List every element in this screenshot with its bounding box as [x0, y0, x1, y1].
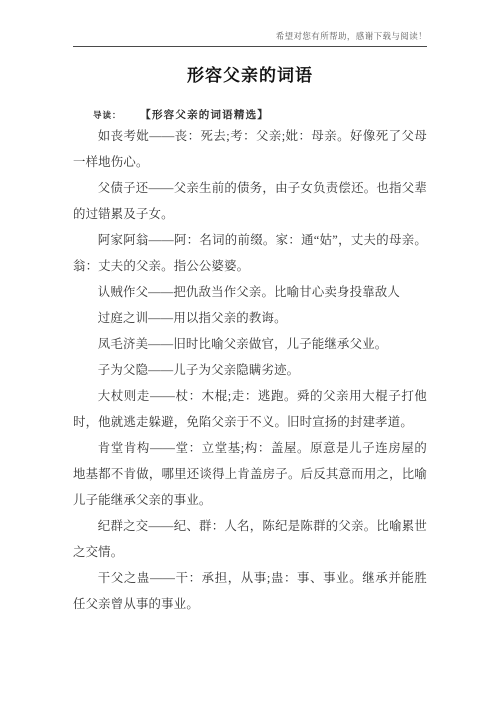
lead-line: 导读：【形容父亲的词语精选】: [73, 105, 427, 123]
paragraph: 肯堂肯构——堂：立堂基;构：盖屋。原意是儿子连房屋的地基都不肯做，哪里还谈得上肯…: [73, 435, 427, 513]
header-note: 希望对您有所帮助，感谢下载与阅读！: [73, 30, 427, 42]
header-rule-divider: [73, 46, 427, 47]
lead-highlight: 【形容父亲的词语精选】: [146, 110, 269, 121]
document-page: 希望对您有所帮助，感谢下载与阅读！ 形容父亲的词语 导读：【形容父亲的词语精选】…: [0, 0, 500, 707]
paragraph: 子为父隐——儿子为父亲隐瞒劣迹。: [73, 357, 427, 383]
paragraph: 阿家阿翁——阿：名词的前缀。家：通“姑”，丈夫的母亲。翁：丈夫的父亲。指公公婆婆…: [73, 227, 427, 279]
document-body: 如丧考妣——丧：死去;考：父亲;妣：母亲。好像死了父母一样地伤心。 父债子还——…: [73, 123, 427, 617]
paragraph: 凤毛济美——旧时比喻父亲做官，儿子能继承父业。: [73, 331, 427, 357]
page-header: 希望对您有所帮助，感谢下载与阅读！: [73, 30, 427, 47]
paragraph: 过庭之训——用以指父亲的教诲。: [73, 305, 427, 331]
paragraph: 如丧考妣——丧：死去;考：父亲;妣：母亲。好像死了父母一样地伤心。: [73, 123, 427, 175]
paragraph: 大杖则走——杖：木棍;走：逃跑。舜的父亲用大棍子打他时，他就逃走躲避，免陷父亲于…: [73, 383, 427, 435]
lead-label: 导读：: [93, 110, 122, 120]
paragraph: 父债子还——父亲生前的债务，由子女负责偿还。也指父辈的过错累及子女。: [73, 175, 427, 227]
paragraph: 纪群之交——纪、群：人名，陈纪是陈群的父亲。比喻累世之交情。: [73, 513, 427, 565]
page-title: 形容父亲的词语: [0, 61, 500, 86]
paragraph: 干父之蛊——干：承担，从事;蛊：事、事业。继承并能胜任父亲曾从事的事业。: [73, 565, 427, 617]
paragraph: 认贼作父——把仇敌当作父亲。比喻甘心卖身投靠敌人: [73, 279, 427, 305]
